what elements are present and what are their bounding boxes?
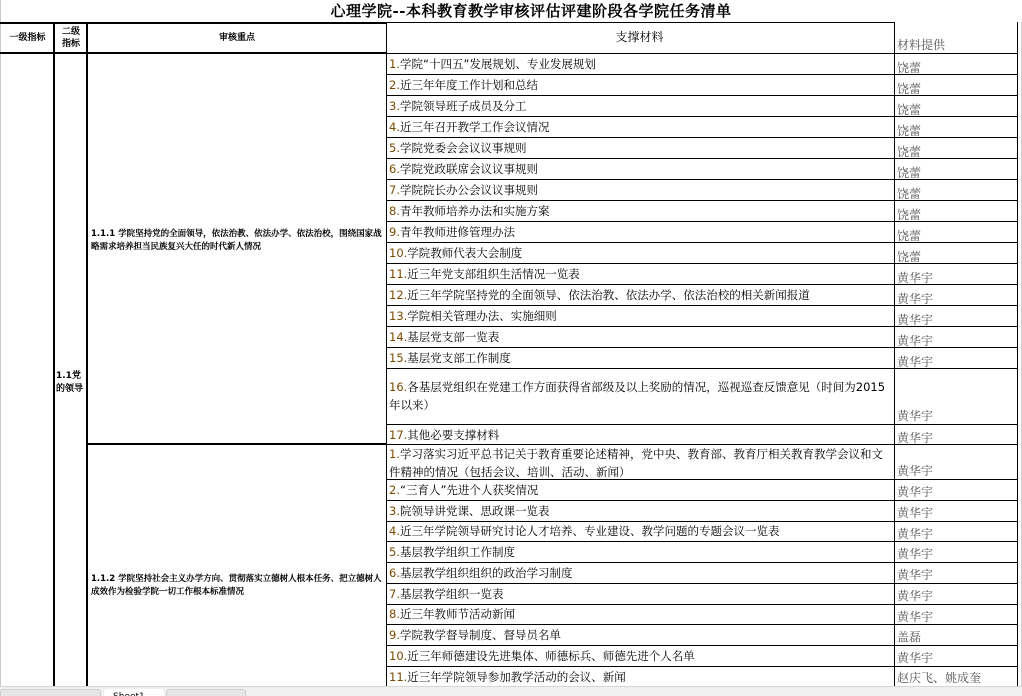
provider-cell: 黄华宇 <box>897 608 1017 625</box>
row-divider <box>386 284 1018 285</box>
row-divider <box>386 305 1018 306</box>
provider-cell: 黄华宇 <box>897 462 1017 479</box>
header-bottom-border <box>0 52 386 54</box>
row-divider <box>386 74 1018 75</box>
level2-indicator: 1.1党的领导 <box>56 370 84 396</box>
material-row: 6.基层教学组织组织的政治学习制度 <box>389 564 894 582</box>
col-sep-5 <box>1017 22 1018 686</box>
provider-cell: 盖磊 <box>897 628 1017 645</box>
row-divider <box>386 583 1018 584</box>
provider-cell: 黄华宇 <box>897 483 1017 500</box>
material-row: 10.近三年师德建设先进集体、师德标兵、师德先进个人名单 <box>389 647 894 665</box>
provider-cell: 赵庆飞、姚成奎 <box>897 669 1017 686</box>
material-row: 2.“三育人”先进个人获奖情况 <box>389 481 894 499</box>
material-row: 4.近三年学院领导研究讨论人才培养、专业建设、教学问题的专题会议一览表 <box>389 522 894 540</box>
provider-cell: 黄华宇 <box>897 407 1017 424</box>
material-row: 8.青年教师培养办法和实施方案 <box>389 202 894 220</box>
col-sep-2 <box>86 22 88 686</box>
material-row: 13.学院相关管理办法、实施细则 <box>389 307 894 325</box>
provider-cell: 黄华宇 <box>897 587 1017 604</box>
provider-cell: 黄华宇 <box>897 504 1017 521</box>
sheet-left-edge <box>0 0 1 686</box>
row-divider <box>386 242 1018 243</box>
row-divider <box>386 263 1018 264</box>
material-row: 5.基层教学组织工作制度 <box>389 543 894 561</box>
header-level2: 二级指标 <box>56 24 86 52</box>
material-row: 9.青年教师进修管理办法 <box>389 223 894 241</box>
header-bottom-border-right <box>386 53 1018 54</box>
header-top-border-right <box>386 22 894 23</box>
row-divider <box>386 137 1018 138</box>
row-divider <box>386 541 1018 542</box>
material-row: 8.近三年教师节活动新闻 <box>389 605 894 623</box>
row-divider <box>386 116 1018 117</box>
material-row: 12.近三年学院坚持党的全面领导、依法治教、依法办学、依法治校的相关新闻报道 <box>389 286 894 304</box>
material-row: 3.院领导讲党课、思政课一览表 <box>389 502 894 520</box>
material-row: 17.其他必要支撑材料 <box>389 426 894 444</box>
row-divider <box>386 326 1018 327</box>
material-row: 16.各基层党组织在党建工作方面获得省部级及以上奖励的情况，巡视巡查反馈意见（时… <box>389 378 894 414</box>
key-point-1-1-1: 1.1.1 学院坚持党的全面领导，依法治教、依法办学、依法治校，围绕国家战略需求… <box>91 228 383 254</box>
provider-cell: 黄华宇 <box>897 649 1017 666</box>
row-divider <box>386 368 1018 369</box>
provider-cell: 黄华宇 <box>897 566 1017 583</box>
material-row: 1.学院“十四五”发展规划、专业发展规划 <box>389 55 894 73</box>
document-title: 心理学院--本科教育教学审核评估评建阶段各学院任务清单 <box>0 1 1022 21</box>
row-divider <box>386 645 1018 646</box>
material-row: 2.近三年年度工作计划和总结 <box>389 76 894 94</box>
material-row: 6.学院党政联席会议议事规则 <box>389 160 894 178</box>
material-row: 7.基层教学组织一览表 <box>389 585 894 603</box>
row-divider <box>386 624 1018 625</box>
material-row: 11.近三年学院领导参加教学活动的会议、新闻 <box>389 668 894 686</box>
material-row: 10.学院教师代表大会制度 <box>389 244 894 262</box>
row-divider <box>386 562 1018 563</box>
sheet-tab-next[interactable] <box>166 689 246 696</box>
header-provider: 材料提供 <box>897 36 945 53</box>
material-row: 9.学院教学督导制度、督导员名单 <box>389 626 894 644</box>
sheet-tab-bar: Sheet1 <box>0 686 1022 696</box>
row-divider <box>386 95 1018 96</box>
key-point-1-1-2: 1.1.2 学院坚持社会主义办学方向、贯彻落实立德树人根本任务、把立德树人成效作… <box>91 573 383 599</box>
row-divider <box>386 221 1018 222</box>
row-divider <box>386 179 1018 180</box>
sheet-tab-active[interactable]: Sheet1 <box>104 689 164 696</box>
material-row: 1.学习落实习近平总书记关于教育重要论述精神，党中央、教育部、教育厅相关教育教学… <box>389 445 894 481</box>
col-sep-1 <box>53 22 55 686</box>
sheet-tab-prev[interactable] <box>0 689 101 696</box>
material-row: 3.学院领导班子成员及分工 <box>389 97 894 115</box>
material-row: 15.基层党支部工作制度 <box>389 349 894 367</box>
material-row: 11.近三年党支部组织生活情况一览表 <box>389 265 894 283</box>
material-row: 5.学院党委会会议议事规则 <box>389 139 894 157</box>
material-row: 7.学院院长办公会议议事规则 <box>389 181 894 199</box>
row-divider <box>386 500 1018 501</box>
col-sep-3 <box>386 22 387 686</box>
row-divider <box>386 666 1018 667</box>
material-row: 4.近三年召开教学工作会议情况 <box>389 118 894 136</box>
provider-cell: 黄华宇 <box>897 525 1017 542</box>
row-divider <box>386 200 1018 201</box>
provider-cell: 黄华宇 <box>897 545 1017 562</box>
spreadsheet-sheet: 心理学院--本科教育教学审核评估评建阶段各学院任务清单 一级指标 二级指标 审核… <box>0 0 1022 686</box>
row-divider <box>386 479 1018 480</box>
header-materials: 支撑材料 <box>386 24 893 52</box>
col-sep-4 <box>894 22 895 686</box>
header-level1: 一级指标 <box>2 24 53 52</box>
header-key-points: 审核重点 <box>88 24 386 52</box>
material-row: 14.基层党支部一览表 <box>389 328 894 346</box>
key-point-divider <box>88 443 386 445</box>
row-divider <box>386 424 1018 425</box>
row-divider <box>386 347 1018 348</box>
row-divider <box>386 158 1018 159</box>
